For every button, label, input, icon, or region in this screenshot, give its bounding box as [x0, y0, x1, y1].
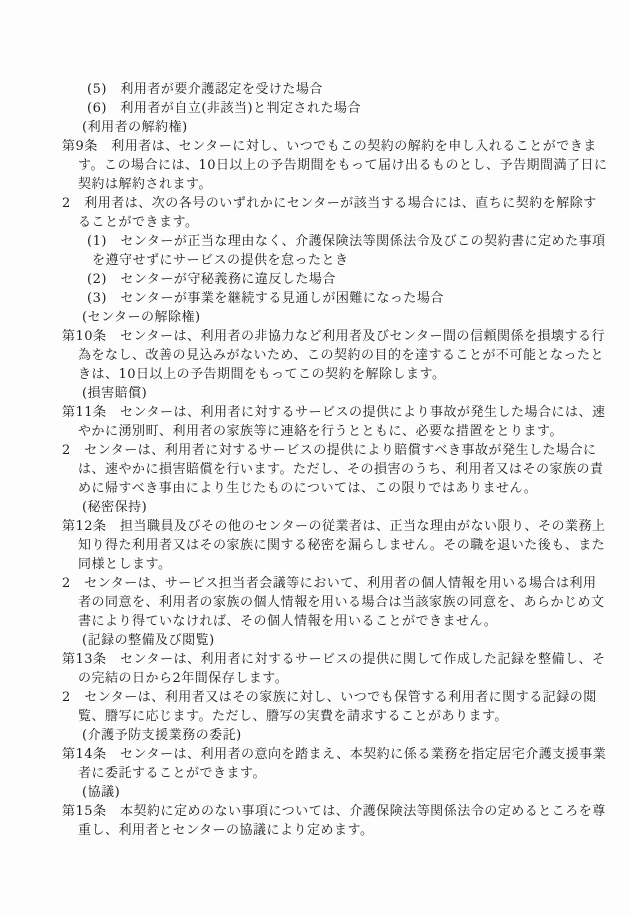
doc-line-article: 第15条 本契約に定めのない事項については、介護保険法等関係法令の定めるところを…: [62, 802, 602, 821]
doc-line-continuation: す。この場合には、10日以上の予告期間をもって届け出るものとし、予告期間満了日に: [62, 156, 602, 175]
doc-line-article: 第9条 利用者は、センターに対し、いつでもこの契約の解約を申し入れることができま: [62, 137, 602, 156]
doc-line-continuation: 為をなし、改善の見込みがないため、この契約の目的を達することが不可能となったと: [62, 346, 602, 365]
doc-line-continuation: めに帰すべき事由により生じたものについては、この限りではありません。: [62, 479, 602, 498]
doc-line-item: (2) センターが守秘義務に違反した場合: [62, 270, 602, 289]
doc-line-paragraph: 2 センターは、利用者に対するサービスの提供により賠償すべき事故が発生した場合に: [62, 441, 602, 460]
contract-text-block: (5) 利用者が要介護認定を受けた場合 (6) 利用者が自立(非該当)と判定され…: [62, 80, 602, 840]
doc-line-article: 第14条 センターは、利用者の意向を踏まえ、本契約に係る業務を指定居宅介護支援事…: [62, 745, 602, 764]
doc-line-continuation: の完結の日から2年間保存します。: [62, 669, 602, 688]
doc-line-continuation: 者に委託することができます。: [62, 764, 602, 783]
doc-line-article: 第10条 センターは、利用者の非協力など利用者及びセンター間の信頼関係を損壊する…: [62, 327, 602, 346]
doc-line-item: (6) 利用者が自立(非該当)と判定された場合: [62, 99, 602, 118]
doc-line-heading: (記録の整備及び閲覧): [62, 631, 602, 650]
doc-line-item: (3) センターが事業を継続する見通しが困難になった場合: [62, 289, 602, 308]
doc-line-item: (5) 利用者が要介護認定を受けた場合: [62, 80, 602, 99]
doc-line-continuation: を遵守せずにサービスの提供を怠ったとき: [62, 251, 602, 270]
doc-line-continuation: きは、10日以上の予告期間をもってこの契約を解除します。: [62, 365, 602, 384]
doc-line-article: 第13条 センターは、利用者に対するサービスの提供に関して作成した記録を整備し、…: [62, 650, 602, 669]
doc-line-item: (1) センターが正当な理由なく、介護保険法等関係法令及びこの契約書に定めた事項: [62, 232, 602, 251]
doc-line-paragraph: 2 センターは、利用者又はその家族に対し、いつでも保管する利用者に関する記録の閲: [62, 688, 602, 707]
doc-line-continuation: 重し、利用者とセンターの協議により定めます。: [62, 821, 602, 840]
doc-line-article: 第12条 担当職員及びその他のセンターの従業者は、正当な理由がない限り、その業務…: [62, 517, 602, 536]
doc-line-continuation: は、速やかに損害賠償を行います。ただし、その損害のうち、利用者又はその家族の責: [62, 460, 602, 479]
doc-line-heading: (利用者の解約権): [62, 118, 602, 137]
doc-line-continuation: 契約は解約されます。: [62, 175, 602, 194]
doc-line-heading: (損害賠償): [62, 384, 602, 403]
doc-line-heading: (秘密保持): [62, 498, 602, 517]
doc-line-continuation: 知り得た利用者又はその家族に関する秘密を漏らしません。その職を退いた後も、また: [62, 536, 602, 555]
doc-line-continuation: 覧、謄写に応じます。ただし、謄写の実費を請求することがあります。: [62, 707, 602, 726]
doc-line-paragraph: 2 センターは、サービス担当者会議等において、利用者の個人情報を用いる場合は利用: [62, 574, 602, 593]
doc-line-heading: (協議): [62, 783, 602, 802]
doc-line-continuation: ることができます。: [62, 213, 602, 232]
doc-line-continuation: 同様とします。: [62, 555, 602, 574]
doc-line-continuation: やかに湧別町、利用者の家族等に連絡を行うとともに、必要な措置をとります。: [62, 422, 602, 441]
doc-line-heading: (介護予防支援業務の委託): [62, 726, 602, 745]
doc-line-heading: (センターの解除権): [62, 308, 602, 327]
contract-document-page: { "page": { "background_color": "#fdfdfd…: [0, 0, 630, 915]
doc-line-article: 第11条 センターは、利用者に対するサービスの提供により事故が発生した場合には、…: [62, 403, 602, 422]
doc-line-paragraph: 2 利用者は、次の各号のいずれかにセンターが該当する場合には、直ちに契約を解除す: [62, 194, 602, 213]
doc-line-continuation: 書により得ていなければ、その個人情報を用いることができません。: [62, 612, 602, 631]
doc-line-continuation: 者の同意を、利用者の家族の個人情報を用いる場合は当該家族の同意を、あらかじめ文: [62, 593, 602, 612]
